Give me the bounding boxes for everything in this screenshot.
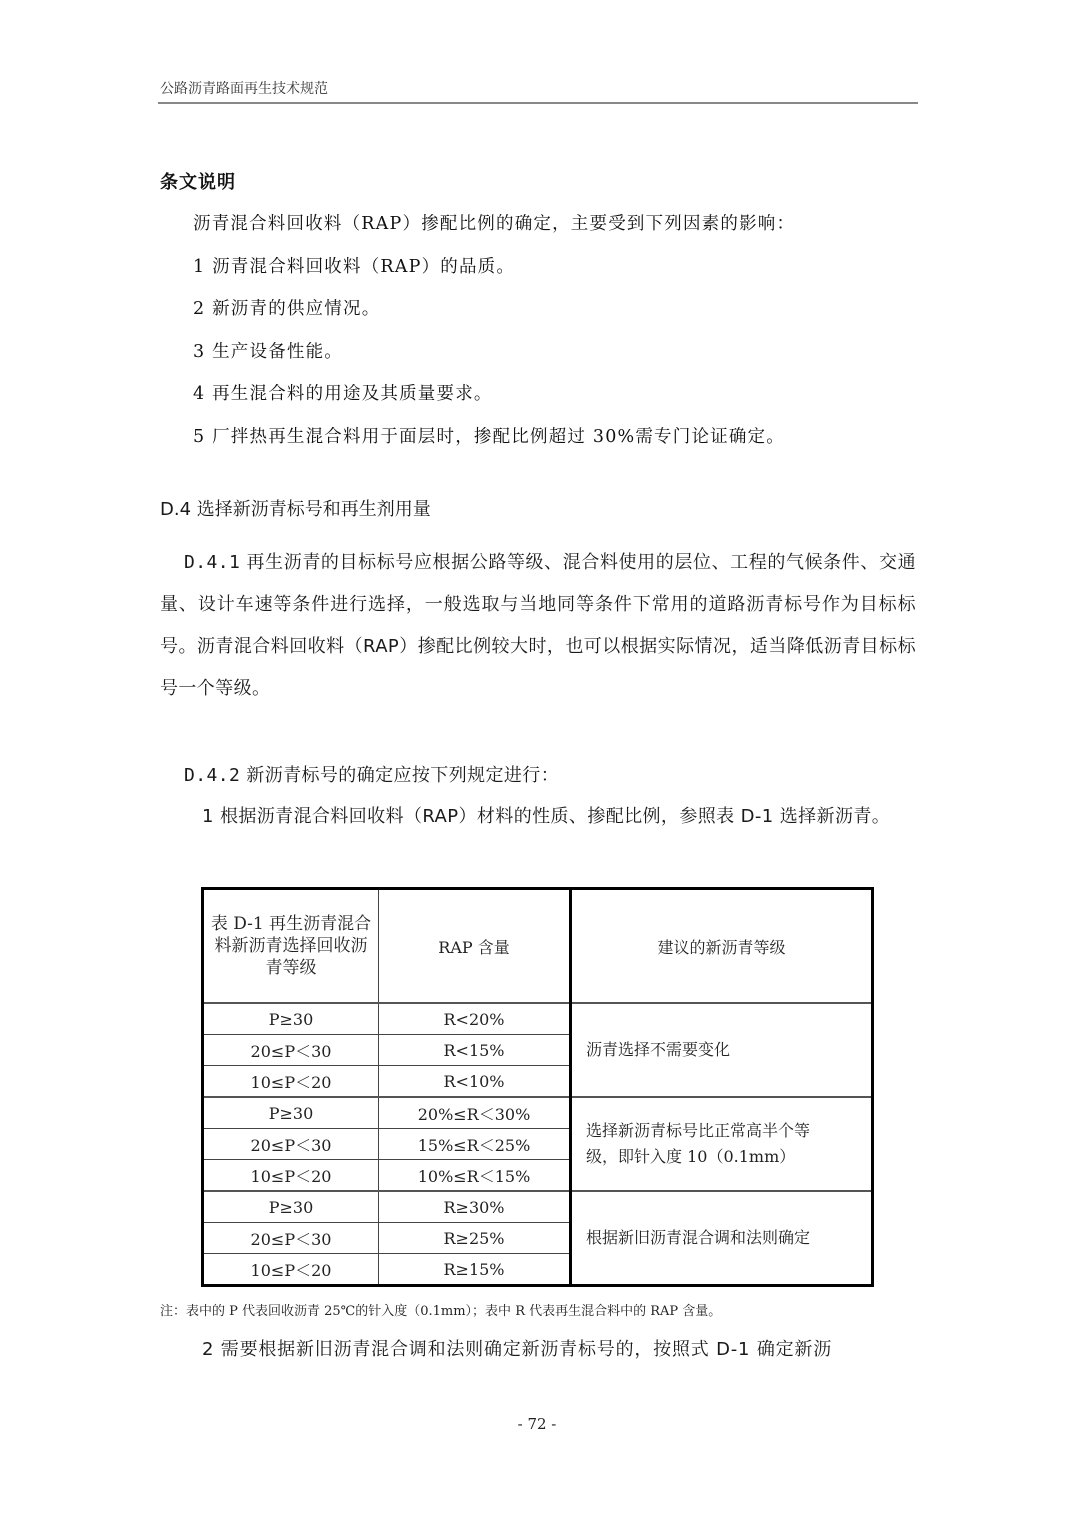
clause-d42-text: 新沥青标号的确定应按下列规定进行： [240, 765, 559, 786]
cell-p: P≥30 [203, 1097, 379, 1129]
table-row: P≥30 R<20% 沥青选择不需要变化 [203, 1003, 873, 1035]
commentary-item-5: 5 厂拌热再生混合料用于面层时，掺配比例超过 30%需专门论证确定。 [193, 423, 785, 448]
cell-p: 20≤P＜30 [203, 1223, 379, 1254]
running-header: 公路沥青路面再生技术规范 [158, 76, 918, 104]
table-header-row: 表 D-1 再生沥青混合料新沥青选择回收沥青等级 RAP 含量 建议的新沥青等级 [203, 889, 873, 1004]
running-title: 公路沥青路面再生技术规范 [160, 78, 328, 98]
cell-r: R≥15% [379, 1254, 571, 1286]
cell-r: R≥25% [379, 1223, 571, 1254]
clause-d42: D.4.2 新沥青标号的确定应按下列规定进行： [160, 755, 916, 797]
cell-r: R<20% [379, 1003, 571, 1035]
commentary-item-1: 1 沥青混合料回收料（RAP）的品质。 [193, 253, 515, 278]
cell-p: P≥30 [203, 1003, 379, 1035]
table-d1: 表 D-1 再生沥青混合料新沥青选择回收沥青等级 RAP 含量 建议的新沥青等级… [201, 887, 874, 1287]
cell-p: 10≤P＜20 [203, 1160, 379, 1192]
clause-d42-item-2: 2 需要根据新旧沥青混合调和法则确定新沥青标号的，按照式 D-1 确定新沥 [202, 1335, 832, 1361]
section-title: D.4 选择新沥青标号和再生剂用量 [160, 495, 431, 521]
cell-p: 10≤P＜20 [203, 1066, 379, 1098]
cell-recommendation: 根据新旧沥青混合调和法则确定 [571, 1191, 873, 1286]
commentary-item-4: 4 再生混合料的用途及其质量要求。 [193, 380, 493, 405]
cell-r: 15%≤R＜25% [379, 1129, 571, 1160]
table-header-grade: 表 D-1 再生沥青混合料新沥青选择回收沥青等级 [203, 889, 379, 1004]
table-header-recommendation: 建议的新沥青等级 [571, 889, 873, 1004]
table-row: P≥30 R≥30% 根据新旧沥青混合调和法则确定 [203, 1191, 873, 1223]
cell-r: 10%≤R＜15% [379, 1160, 571, 1192]
clause-d41-text: 再生沥青的目标标号应根据公路等级、混合料使用的层位、工程的气候条件、交通量、设计… [160, 552, 916, 699]
page-number: - 72 - [0, 1415, 1074, 1433]
cell-p: 20≤P＜30 [203, 1129, 379, 1160]
cell-r: R<10% [379, 1066, 571, 1098]
commentary-title: 条文说明 [160, 168, 236, 194]
commentary-item-3: 3 生产设备性能。 [193, 338, 343, 363]
cell-r: R≥30% [379, 1191, 571, 1223]
cell-p: 10≤P＜20 [203, 1254, 379, 1286]
table-row: P≥30 20%≤R＜30% 选择新沥青标号比正常高半个等级，即针入度 10（0… [203, 1097, 873, 1129]
cell-p: P≥30 [203, 1191, 379, 1223]
cell-r: R<15% [379, 1035, 571, 1066]
cell-p: 20≤P＜30 [203, 1035, 379, 1066]
commentary-item-2: 2 新沥青的供应情况。 [193, 295, 380, 320]
cell-recommendation: 沥青选择不需要变化 [571, 1003, 873, 1097]
clause-d41-number: D.4.1 [184, 552, 240, 573]
cell-recommendation: 选择新沥青标号比正常高半个等级，即针入度 10（0.1mm） [571, 1097, 873, 1191]
commentary-intro: 沥青混合料回收料（RAP）掺配比例的确定，主要受到下列因素的影响： [193, 210, 795, 235]
table-note: 注：表中的 P 代表回收沥青 25℃的针入度（0.1mm）；表中 R 代表再生混… [160, 1300, 721, 1319]
clause-d42-number: D.4.2 [184, 765, 240, 786]
clause-d41: D.4.1 再生沥青的目标标号应根据公路等级、混合料使用的层位、工程的气候条件、… [160, 542, 916, 710]
cell-r: 20%≤R＜30% [379, 1097, 571, 1129]
table-header-rap: RAP 含量 [379, 889, 571, 1004]
clause-d42-item-1: 1 根据沥青混合料回收料（RAP）材料的性质、掺配比例，参照表 D-1 选择新沥… [160, 796, 916, 838]
